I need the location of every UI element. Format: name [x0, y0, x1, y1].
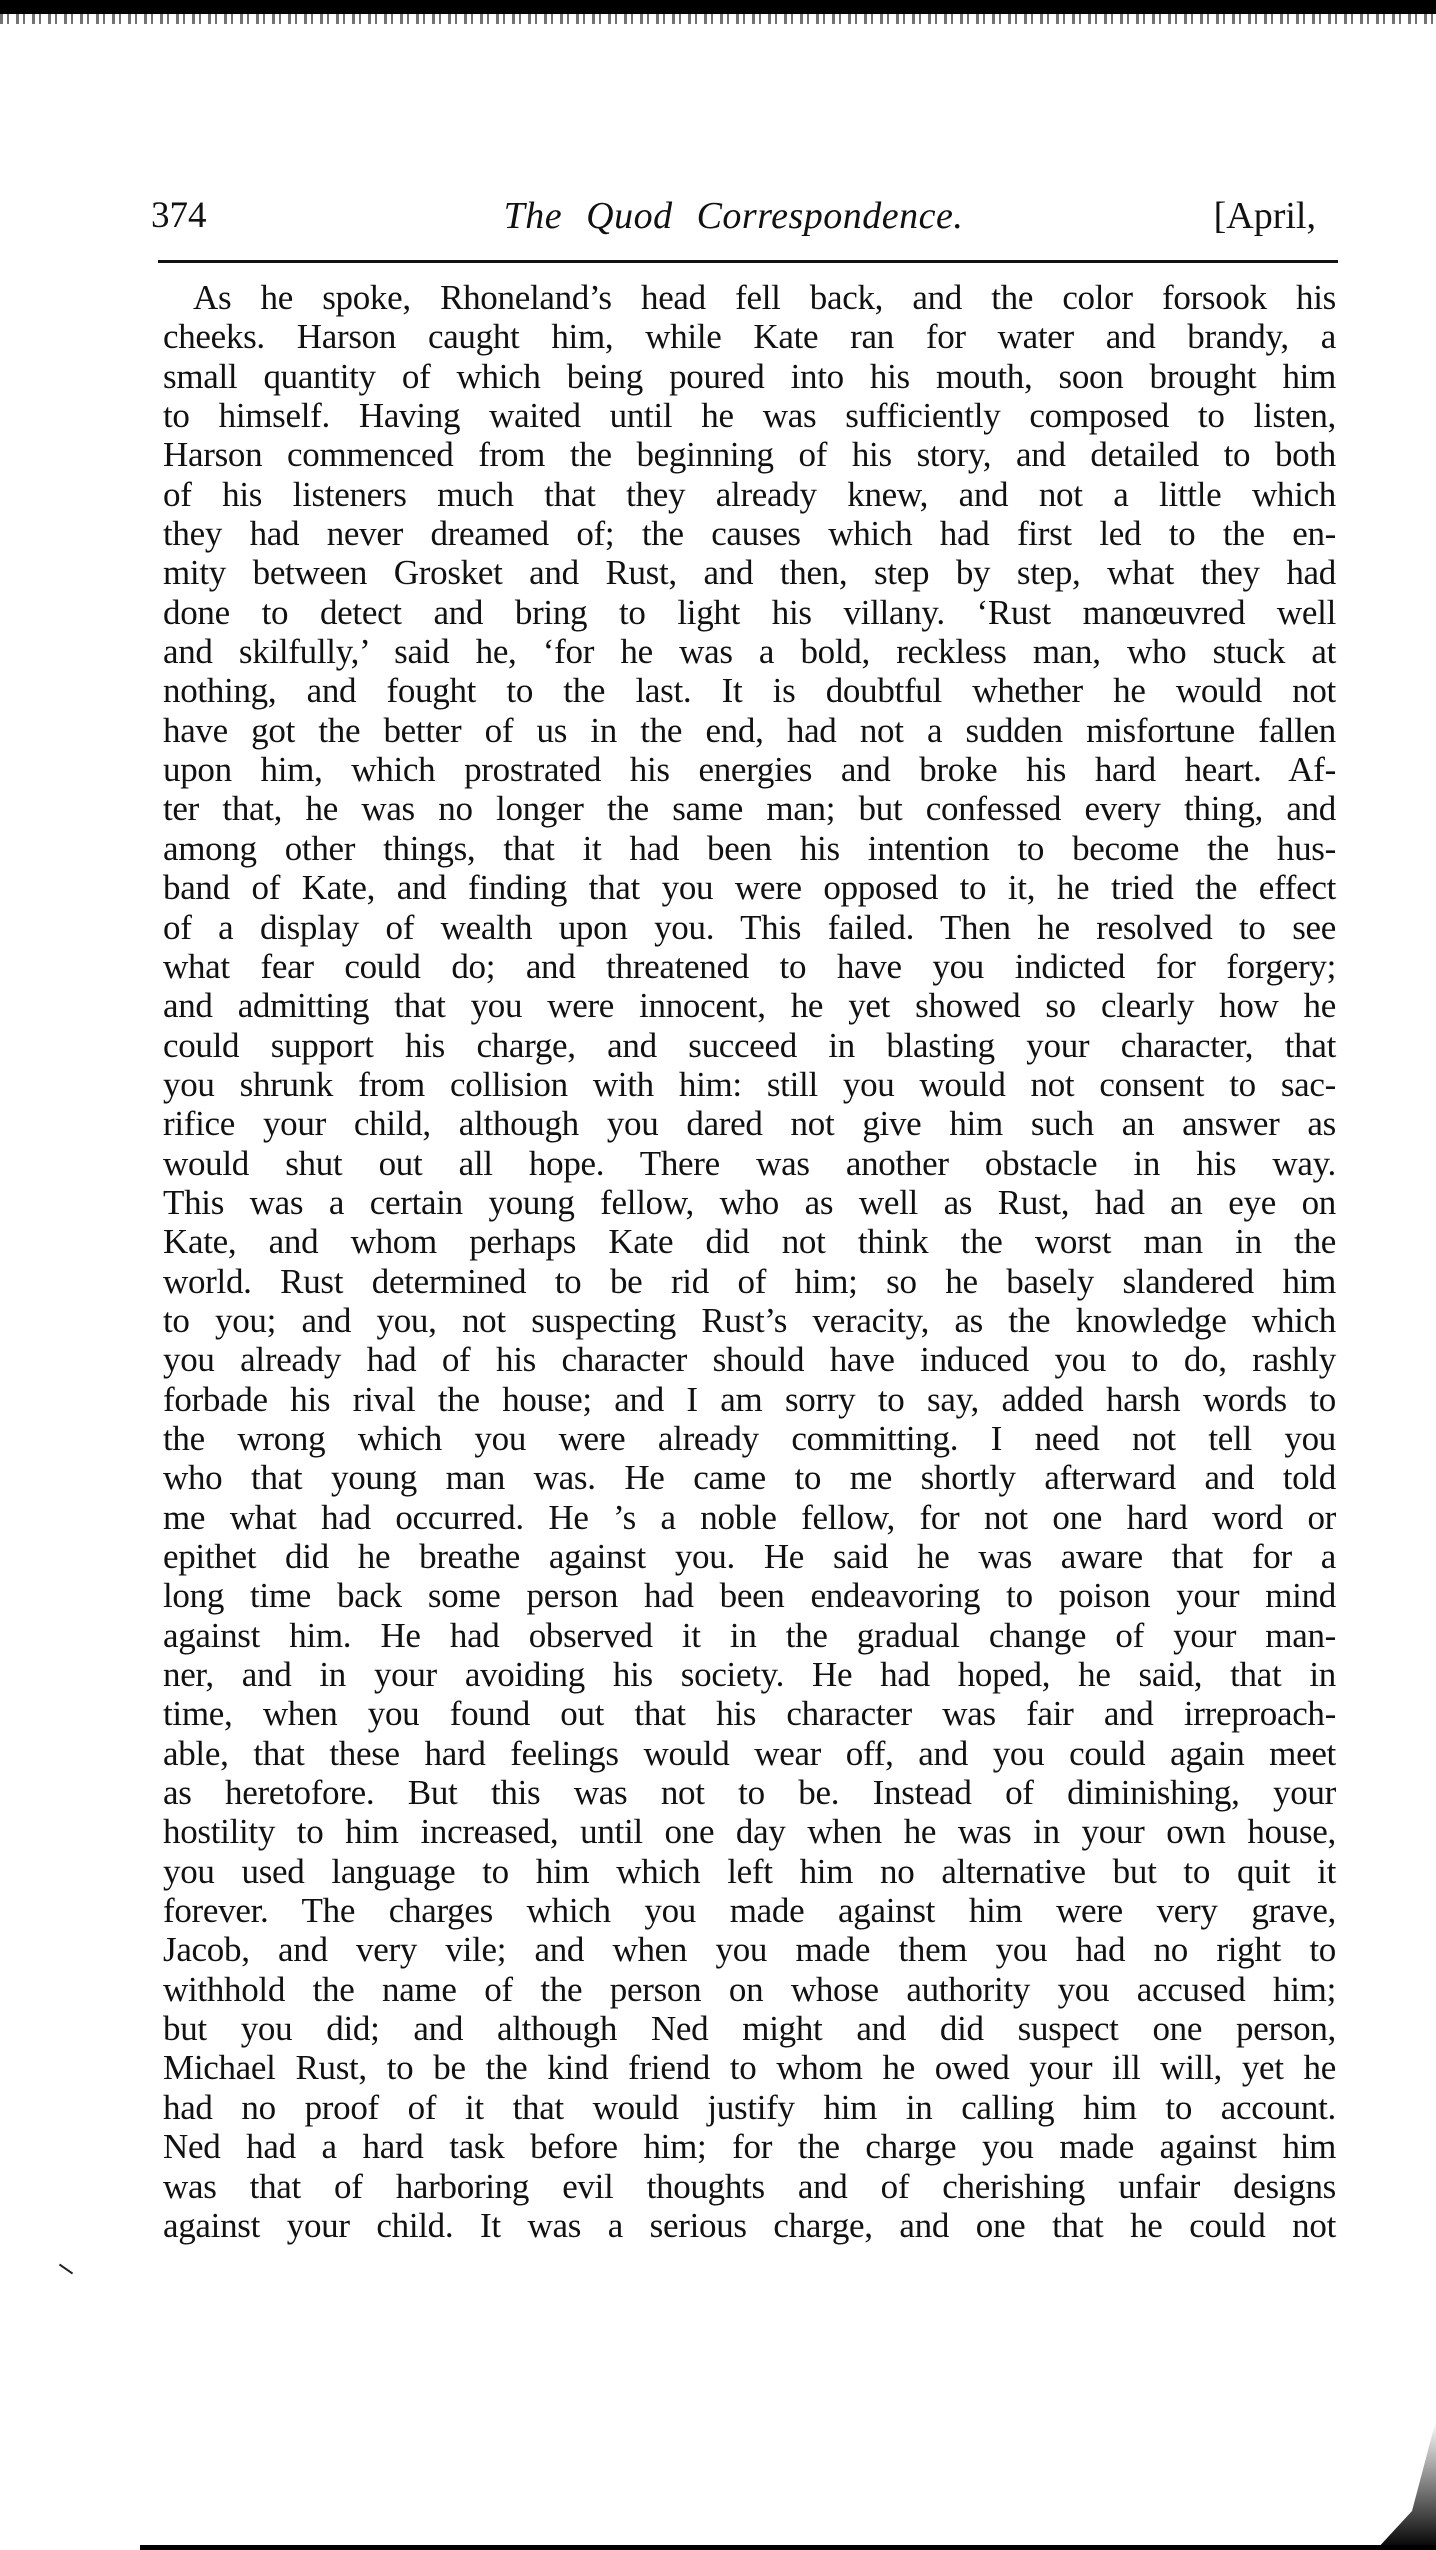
scan-corner-shadow: [1376, 2420, 1436, 2550]
text-line: forbade his rival the house; and I am so…: [163, 1380, 1336, 1419]
text-line: withhold the name of the person on whose…: [163, 1970, 1336, 2009]
text-line: ter that, he was no longer the same man;…: [163, 789, 1336, 828]
text-line: Harson commenced from the beginning of h…: [163, 435, 1336, 474]
text-line: epithet did he breathe against you. He s…: [163, 1537, 1336, 1576]
text-line: have got the better of us in the end, ha…: [163, 711, 1336, 750]
text-line: you shrunk from collision with him: stil…: [163, 1065, 1336, 1104]
text-line: small quantity of which being poured int…: [163, 357, 1336, 396]
text-line: world. Rust determined to be rid of him;…: [163, 1262, 1336, 1301]
text-line: upon him, which prostrated his energies …: [163, 750, 1336, 789]
text-line: long time back some person had been ende…: [163, 1576, 1336, 1615]
text-line: had no proof of it that would justify hi…: [163, 2088, 1336, 2127]
text-line: hostility to him increased, until one da…: [163, 1812, 1336, 1851]
text-line: you used language to him which left him …: [163, 1852, 1336, 1891]
text-line: As he spoke, Rhoneland’s head fell back,…: [163, 278, 1336, 317]
text-line: among other things, that it had been his…: [163, 829, 1336, 868]
text-line: cheeks. Harson caught him, while Kate ra…: [163, 317, 1336, 356]
text-line: forever. The charges which you made agai…: [163, 1891, 1336, 1930]
body-text: As he spoke, Rhoneland’s head fell back,…: [163, 278, 1336, 2245]
text-line: of his listeners much that they already …: [163, 475, 1336, 514]
text-line: Jacob, and very vile; and when you made …: [163, 1930, 1336, 1969]
text-line: and admitting that you were innocent, he…: [163, 986, 1336, 1025]
text-line: ner, and in your avoiding his society. H…: [163, 1655, 1336, 1694]
text-line: band of Kate, and finding that you were …: [163, 868, 1336, 907]
margin-mark: [59, 2264, 73, 2275]
text-line: Kate, and whom perhaps Kate did not thin…: [163, 1222, 1336, 1261]
text-line: of a display of wealth upon you. This fa…: [163, 908, 1336, 947]
text-line: but you did; and although Ned might and …: [163, 2009, 1336, 2048]
text-line: time, when you found out that his charac…: [163, 1694, 1336, 1733]
text-line: mity between Grosket and Rust, and then,…: [163, 553, 1336, 592]
scan-edge-top: [0, 0, 1436, 14]
text-line: nothing, and fought to the last. It is d…: [163, 671, 1336, 710]
text-line: against your child. It was a serious cha…: [163, 2206, 1336, 2245]
text-line: could support his charge, and succeed in…: [163, 1026, 1336, 1065]
text-line: the wrong which you were already committ…: [163, 1419, 1336, 1458]
text-line: to himself. Having waited until he was s…: [163, 396, 1336, 435]
text-line: Ned had a hard task before him; for the …: [163, 2127, 1336, 2166]
scan-edge-top-ragged: [0, 14, 1436, 24]
text-line: against him. He had observed it in the g…: [163, 1616, 1336, 1655]
text-line: This was a certain young fellow, who as …: [163, 1183, 1336, 1222]
text-line: and skilfully,’ said he, ‘for he was a b…: [163, 632, 1336, 671]
text-line: you already had of his character should …: [163, 1340, 1336, 1379]
text-line: Michael Rust, to be the kind friend to w…: [163, 2048, 1336, 2087]
text-line: done to detect and bring to light his vi…: [163, 593, 1336, 632]
running-title: The Quod Correspondence.: [151, 188, 1316, 244]
running-date: [April,: [1214, 188, 1316, 244]
text-line: they had never dreamed of; the causes wh…: [163, 514, 1336, 553]
running-header: 374 The Quod Correspondence. [April,: [151, 188, 1316, 244]
text-line: me what had occurred. He ’s a noble fell…: [163, 1498, 1336, 1537]
text-line: as heretofore. But this was not to be. I…: [163, 1773, 1336, 1812]
text-line: able, that these hard feelings would wea…: [163, 1734, 1336, 1773]
text-line: who that young man was. He came to me sh…: [163, 1458, 1336, 1497]
text-line: what fear could do; and threatened to ha…: [163, 947, 1336, 986]
scan-edge-bottom: [140, 2545, 1436, 2550]
text-line: rifice your child, although you dared no…: [163, 1104, 1336, 1143]
text-line: would shut out all hope. There was anoth…: [163, 1144, 1336, 1183]
text-line: was that of harboring evil thoughts and …: [163, 2167, 1336, 2206]
text-line: to you; and you, not suspecting Rust’s v…: [163, 1301, 1336, 1340]
header-rule: [158, 260, 1338, 263]
